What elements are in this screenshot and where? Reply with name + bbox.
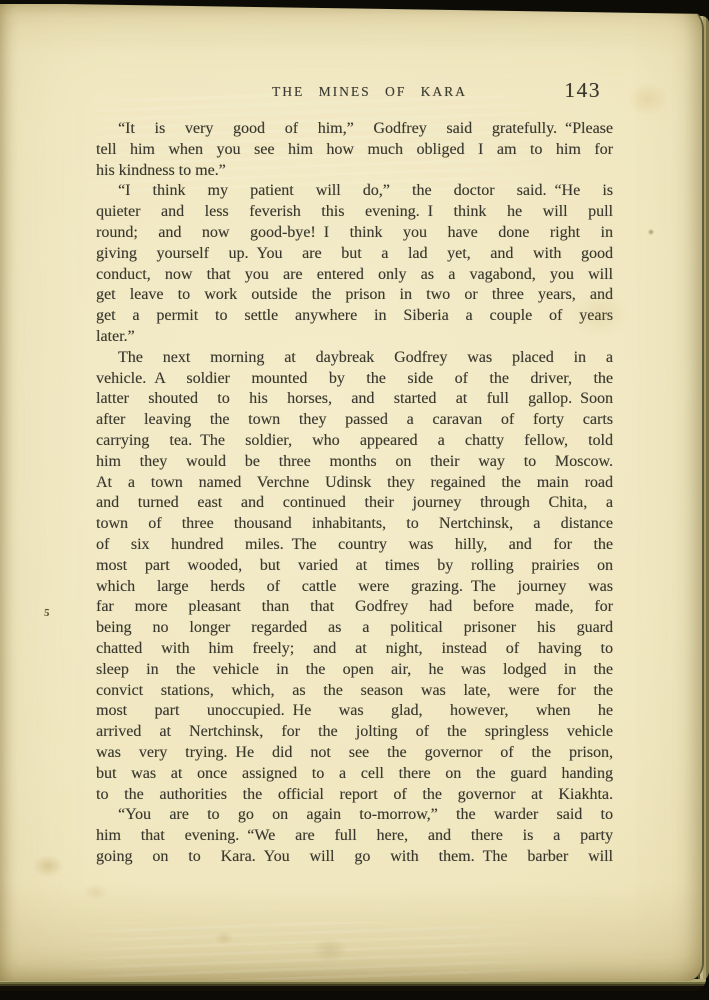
margin-ink-mark: 5 (43, 607, 50, 620)
text-line: conduct, now that you are entered only a… (96, 265, 613, 286)
text-line: most part unoccupied. He was glad, howev… (96, 701, 613, 722)
text-line: most part wooded, but varied at times by… (96, 556, 613, 577)
text-line: of six hundred miles. The country was hi… (96, 535, 613, 556)
text-line: giving yourself up. You are but a lad ye… (96, 244, 613, 265)
text-line: chatted with him freely; and at night, i… (96, 639, 613, 660)
page-number: 143 (520, 78, 601, 103)
text-line: his kindness to me.” (96, 161, 613, 182)
text-line: after leaving the town they passed a car… (96, 410, 613, 431)
text-line: get leave to work outside the prison in … (96, 285, 613, 306)
text-line: was very trying. He did not see the gove… (96, 743, 613, 764)
scanner-streaks-bottom (60, 922, 560, 980)
book-page: THE MINES OF KARA 143 “It is very good o… (0, 4, 704, 981)
text-line: At a town named Verchne Udinsk they rega… (96, 473, 613, 494)
page-text: “It is very good of him,” Godfrey said g… (96, 119, 613, 868)
text-line: carrying tea. The soldier, who appeared … (96, 431, 613, 452)
text-line: going on to Kara. You will go with them.… (96, 847, 613, 868)
text-line: quieter and less feverish this evening. … (96, 202, 613, 223)
text-line: convict stations, which, as the season w… (96, 681, 613, 702)
text-line: latter shouted to his horses, and starte… (96, 389, 613, 410)
text-line: arrived at Nertchinsk, for the jolting o… (96, 722, 613, 743)
text-line: The next morning at daybreak Godfrey was… (96, 348, 613, 369)
text-line: and turned east and continued their jour… (96, 493, 613, 514)
text-line: to the authorities the official report o… (96, 785, 613, 806)
text-line: later.” (96, 327, 613, 348)
running-title: THE MINES OF KARA (272, 84, 467, 100)
text-line: being no longer regarded as a political … (96, 618, 613, 639)
text-line: sleep in the vehicle in the open air, he… (96, 660, 613, 681)
text-line: “You are to go on again to-morrow,” the … (96, 805, 613, 826)
scanned-book-page: THE MINES OF KARA 143 “It is very good o… (0, 0, 709, 1000)
text-line: round; and now good-bye! I think you hav… (96, 223, 613, 244)
text-line: “I think my patient will do,” the doctor… (96, 181, 613, 202)
text-line: “It is very good of him,” Godfrey said g… (96, 119, 613, 140)
text-line: which large herds of cattle were grazing… (96, 577, 613, 598)
text-line: but was at once assigned to a cell there… (96, 764, 613, 785)
text-line: far more pleasant than that Godfrey had … (96, 597, 613, 618)
text-line: him that evening. “We are full here, and… (96, 826, 613, 847)
text-line: him they would be three months on their … (96, 452, 613, 473)
text-line: town of three thousand inhabitants, to N… (96, 514, 613, 535)
text-line: tell him when you see him how much oblig… (96, 140, 613, 161)
text-line: get a permit to settle anywhere in Siber… (96, 306, 613, 327)
text-line: vehicle. A soldier mounted by the side o… (96, 369, 613, 390)
